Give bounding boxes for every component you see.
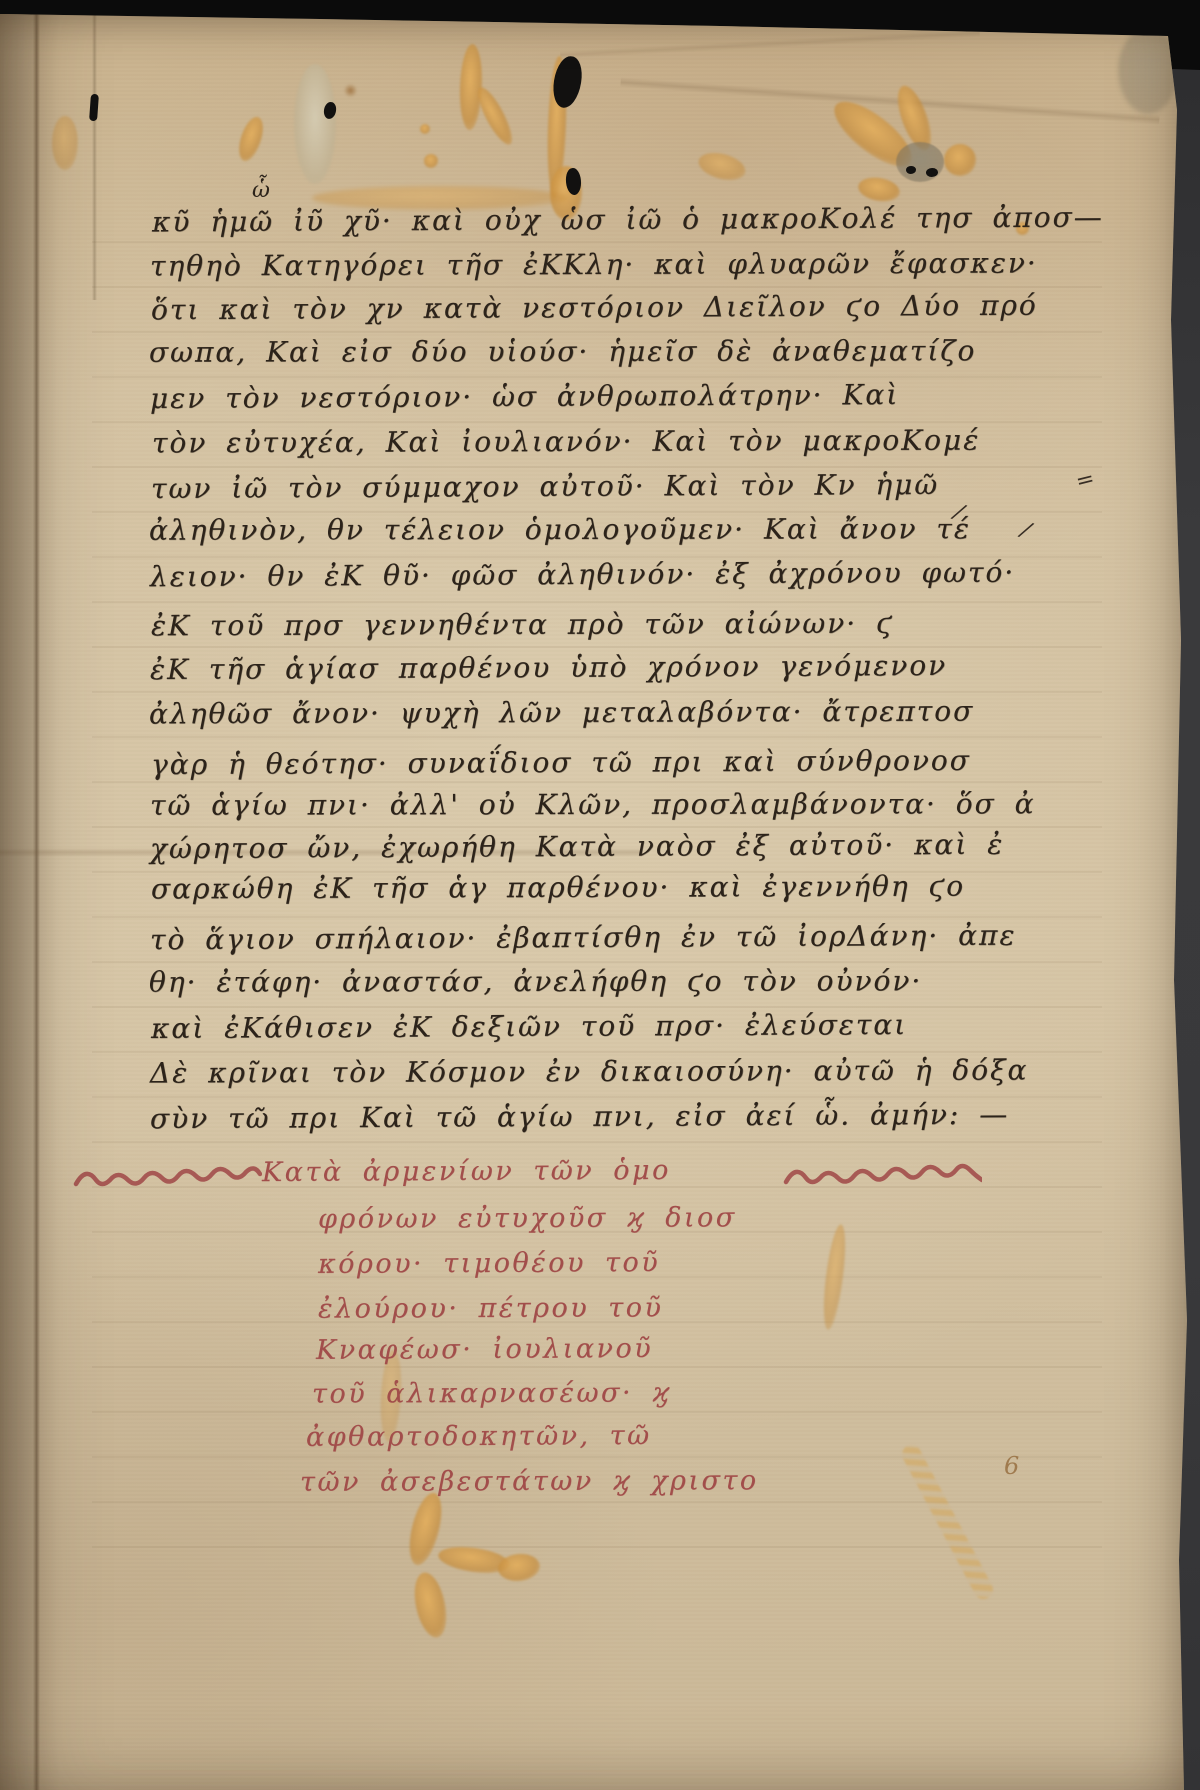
rubric-line: Κατὰ ἀρμενίων τῶν ὁμο (262, 1155, 671, 1188)
text-line: Δὲ κρῖναι τὸν Κόσμον ἐν δικαιοσύνη· αὐτῶ… (150, 1053, 1029, 1089)
horizontal-wrinkle (620, 77, 1159, 125)
stain (344, 84, 357, 97)
text-line: ἐΚ τῆσ ἁγίασ παρθένου ὑπὸ χρόνον γενόμεν… (150, 649, 947, 686)
text-line: θη· ἐτάφη· ἀναστάσ, ἀνελήφθη ϛο τὸν οὐνό… (149, 964, 922, 998)
text-line: τῶ ἁγίω πνι· ἀλλ' οὐ Κλῶν, προσλαμβάνοντ… (150, 787, 1036, 822)
text-line: σωπα, Καὶ εἰσ δύο υἱούσ· ἡμεῖσ δὲ ἀναθεμ… (149, 334, 976, 368)
stain (472, 84, 518, 149)
stain (294, 64, 336, 184)
text-line: κῦ ἡμῶ ἰῦ χῦ· καὶ οὐχ ὡσ ἰῶ ὁ μακροΚολέ … (152, 201, 1104, 239)
rubric-line: τῶν ἀσεβεστάτων ϗ χριστο (300, 1465, 759, 1498)
stain (234, 114, 267, 164)
text-line: τὸ ἅγιον σπήλαιον· ἐβαπτίσθη ἐν τῶ ἰορΔά… (150, 919, 1017, 957)
text-line: των ἰῶ τὸν σύμμαχον αὐτοῦ· Καὶ τὸν Κν ἡμ… (151, 468, 939, 505)
stain (409, 1570, 451, 1641)
text-line: λειον· θν ἐΚ θῦ· φῶσ ἀληθινόν· ἐξ ἀχρόνο… (150, 556, 1015, 594)
spine-strip (0, 0, 34, 1790)
margin-equals-mark: = (1073, 466, 1097, 495)
rubric-line: Κναφέωσ· ἰουλιανοῦ (316, 1333, 653, 1366)
stain (856, 175, 901, 205)
text-line: σαρκώθη ἐΚ τῆσ ἁγ παρθένου· καὶ ἐγεννήθη… (151, 870, 965, 906)
horizontal-wrinkle (560, 29, 980, 59)
text-line: τὸν εὐτυχέα, Καὶ ἰουλιανόν· Καὶ τὸν μακρ… (152, 424, 980, 460)
rubric-flourish-right-icon (782, 1158, 982, 1200)
stain (899, 1442, 997, 1603)
text-line: μεν τὸν νεστόριον· ὡσ ἀνθρωπολάτρην· Καὶ (150, 378, 899, 415)
text-line: ἀληθινὸν, θν τέλειον ὁμολογοῦμεν· Καὶ ἄν… (149, 512, 971, 546)
text-line: γὰρ ἡ θεότησ· συναΐδιοσ τῶ πρι καὶ σύνθρ… (151, 744, 971, 781)
text-line: χώρητοσ ὤν, ἐχωρήθη Κατὰ ναὸσ ἐξ αὐτοῦ· … (150, 828, 1004, 865)
ink-blot (89, 94, 99, 121)
rubric-line: κόρου· τιμοθέου τοῦ (318, 1247, 660, 1280)
rubric-flourish-left-icon (72, 1164, 262, 1200)
rubric-line: τοῦ ἁλικαρνασέωσ· ϗ (312, 1377, 672, 1409)
stain (944, 144, 976, 176)
text-line: ἐΚ τοῦ πρσ γεννηθέντα πρὸ τῶν αἰώνων· ϛ (151, 607, 894, 643)
text-line: ὅτι καὶ τὸν χν κατὰ νεστόριον Διεῖλον ϛο… (151, 289, 1038, 327)
stain (420, 124, 430, 134)
text-line: τηθηὸ Κατηγόρει τῆσ ἐΚΚλη· καὶ φλυαρῶν ἔ… (150, 246, 1038, 282)
vertical-fold-crease (33, 0, 40, 1790)
rubric-line: ἀφθαρτοδοκητῶν, τῶ (306, 1420, 652, 1453)
rubric-line: φρόνων εὐτυχοῦσ ϗ διοσ (318, 1202, 737, 1234)
text-line: ἀληθῶσ ἄνον· ψυχὴ λῶν μεταλαβόντα· ἄτρεπ… (149, 695, 974, 731)
text-line: σὺν τῶ πρι Καὶ τῶ ἁγίω πνι, εἰσ ἀεί ὧ. ἀ… (150, 1098, 1009, 1135)
stain (424, 154, 438, 168)
text-line: καὶ ἐΚάθισεν ἐΚ δεξιῶν τοῦ πρσ· ἐλεύσετα… (151, 1008, 907, 1045)
margin-slash-mark: / (1018, 518, 1034, 544)
folio-number: 6 (1004, 1452, 1019, 1480)
stain (52, 116, 78, 170)
stain (696, 148, 749, 185)
stain (820, 1223, 850, 1330)
manuscript-photograph: { "page": { "kind": "greek-manuscript-pa… (0, 0, 1200, 1790)
vertical-fold-crease (92, 0, 97, 300)
parchment-page: ὧ κῦ ἡμῶ ἰῦ χῦ· καὶ οὐχ ὡσ ἰῶ ὁ μακροΚολ… (0, 0, 1200, 1790)
rubric-line: ἐλούρου· πέτρου τοῦ (318, 1292, 663, 1324)
stain (896, 142, 944, 182)
interlinear-note: ὧ (252, 178, 270, 203)
